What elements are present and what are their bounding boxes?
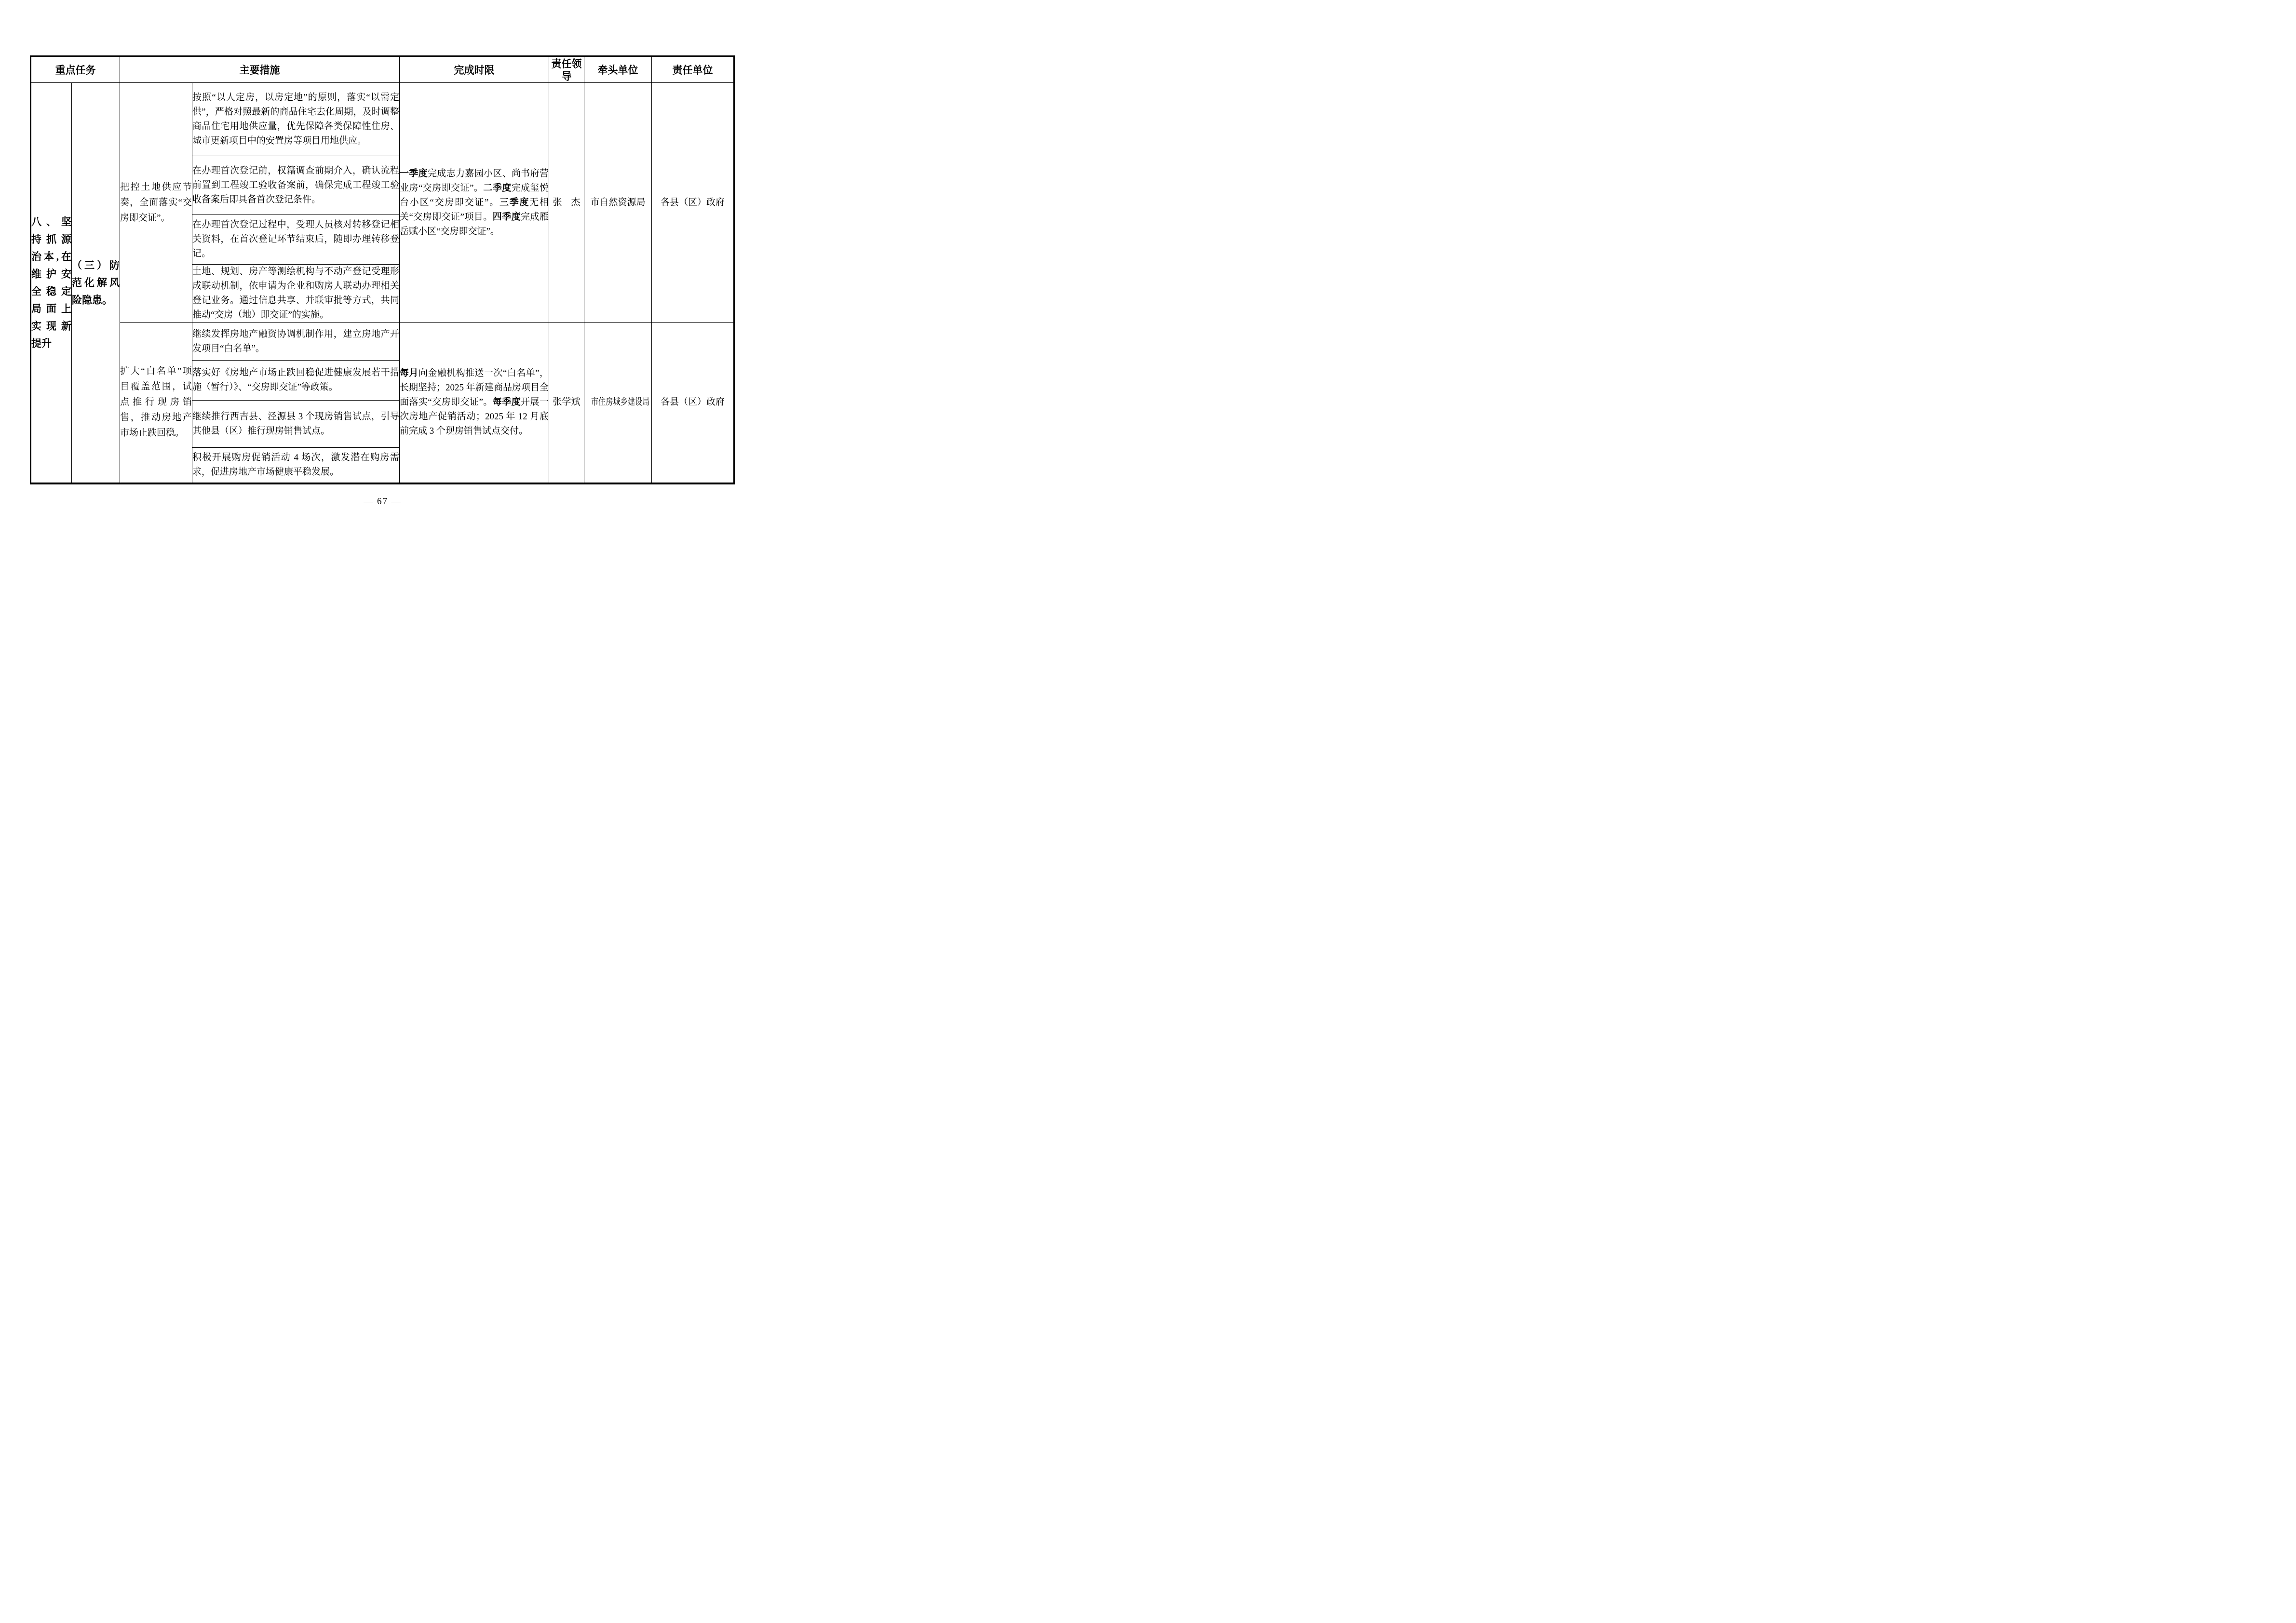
responsible-unit-group1: 各县（区）政府: [652, 83, 734, 323]
leader-group1: 张 杰: [549, 83, 584, 323]
leader-group2: 张学斌: [549, 323, 584, 483]
measure-6: 落实好《房地产市场止跌回稳促进健康发展若干措施（暂行）》、“交房即交证”等政策。: [192, 361, 400, 401]
page-number: — 67 —: [0, 496, 765, 507]
measure-1: 按照“以人定房，以房定地”的原则，落实“以需定供”，严格对照最新的商品住宅去化周…: [192, 83, 400, 156]
responsible-unit-group2: 各县（区）政府: [652, 323, 734, 483]
lead-unit-group2-text: 市住房城乡建设局: [591, 396, 645, 409]
measure-4: 土地、规划、房产等测绘机构与不动产登记受理形成联动机制，依申请为企业和购房人联动…: [192, 265, 400, 323]
header-row: 重点任务 主要措施 完成时限 责任领导 牵头单位 责任单位: [31, 56, 734, 83]
measure-8: 积极开展购房促销活动 4 场次，激发潜在购房需求，促进房地产市场健康平稳发展。: [192, 448, 400, 483]
measure-7: 继续推行西吉县、泾源县 3 个现房销售试点，引导其他县（区）推行现房销售试点。: [192, 401, 400, 448]
measure-3: 在办理首次登记过程中，受理人员核对转移登记相关资料，在首次登记环节结束后，随即办…: [192, 215, 400, 265]
deadline-group1: 一季度完成志力嘉园小区、尚书府营业房“交房即交证”。二季度完成玺悦台小区“交房即…: [400, 83, 549, 323]
deadline-group2: 每月向金融机构推送一次“白名单”，长期坚持；2025 年新建商品房项目全面落实“…: [400, 323, 549, 483]
document-page: { "page": { "number": "— 67 —" }, "table…: [0, 0, 765, 541]
key-task-cell: 八、坚持抓源治本,在维护安全稳定局面上实现新提升: [31, 83, 72, 483]
sub-task-cell: （三）防范化解风险隐患。: [72, 83, 120, 483]
header-measures: 主要措施: [120, 56, 400, 83]
header-deadline: 完成时限: [400, 56, 549, 83]
lead-unit-group1: 市自然资源局: [584, 83, 652, 323]
table-row: 扩大“白名单”项目覆盖范围，试点推行现房销售，推动房地产市场止跌回稳。 继续发挥…: [31, 323, 734, 361]
measure-summary-group1: 把控土地供应节奏，全面落实“交房即交证”。: [120, 83, 192, 323]
header-leader: 责任领导: [549, 56, 584, 83]
work-plan-table-wrapper: 重点任务 主要措施 完成时限 责任领导 牵头单位 责任单位 八、坚持抓源治本,在…: [30, 55, 735, 484]
header-responsible-unit: 责任单位: [652, 56, 734, 83]
table-row: 八、坚持抓源治本,在维护安全稳定局面上实现新提升 （三）防范化解风险隐患。 把控…: [31, 83, 734, 156]
header-key-tasks: 重点任务: [31, 56, 120, 83]
header-lead-unit: 牵头单位: [584, 56, 652, 83]
measure-5: 继续发挥房地产融资协调机制作用，建立房地产开发项目“白名单”。: [192, 323, 400, 361]
work-plan-table: 重点任务 主要措施 完成时限 责任领导 牵头单位 责任单位 八、坚持抓源治本,在…: [30, 55, 735, 484]
measure-2: 在办理首次登记前，权籍调查前期介入，确认流程前置到工程竣工验收备案前，确保完成工…: [192, 156, 400, 215]
lead-unit-group2: 市住房城乡建设局: [584, 323, 652, 483]
measure-summary-group2: 扩大“白名单”项目覆盖范围，试点推行现房销售，推动房地产市场止跌回稳。: [120, 323, 192, 483]
